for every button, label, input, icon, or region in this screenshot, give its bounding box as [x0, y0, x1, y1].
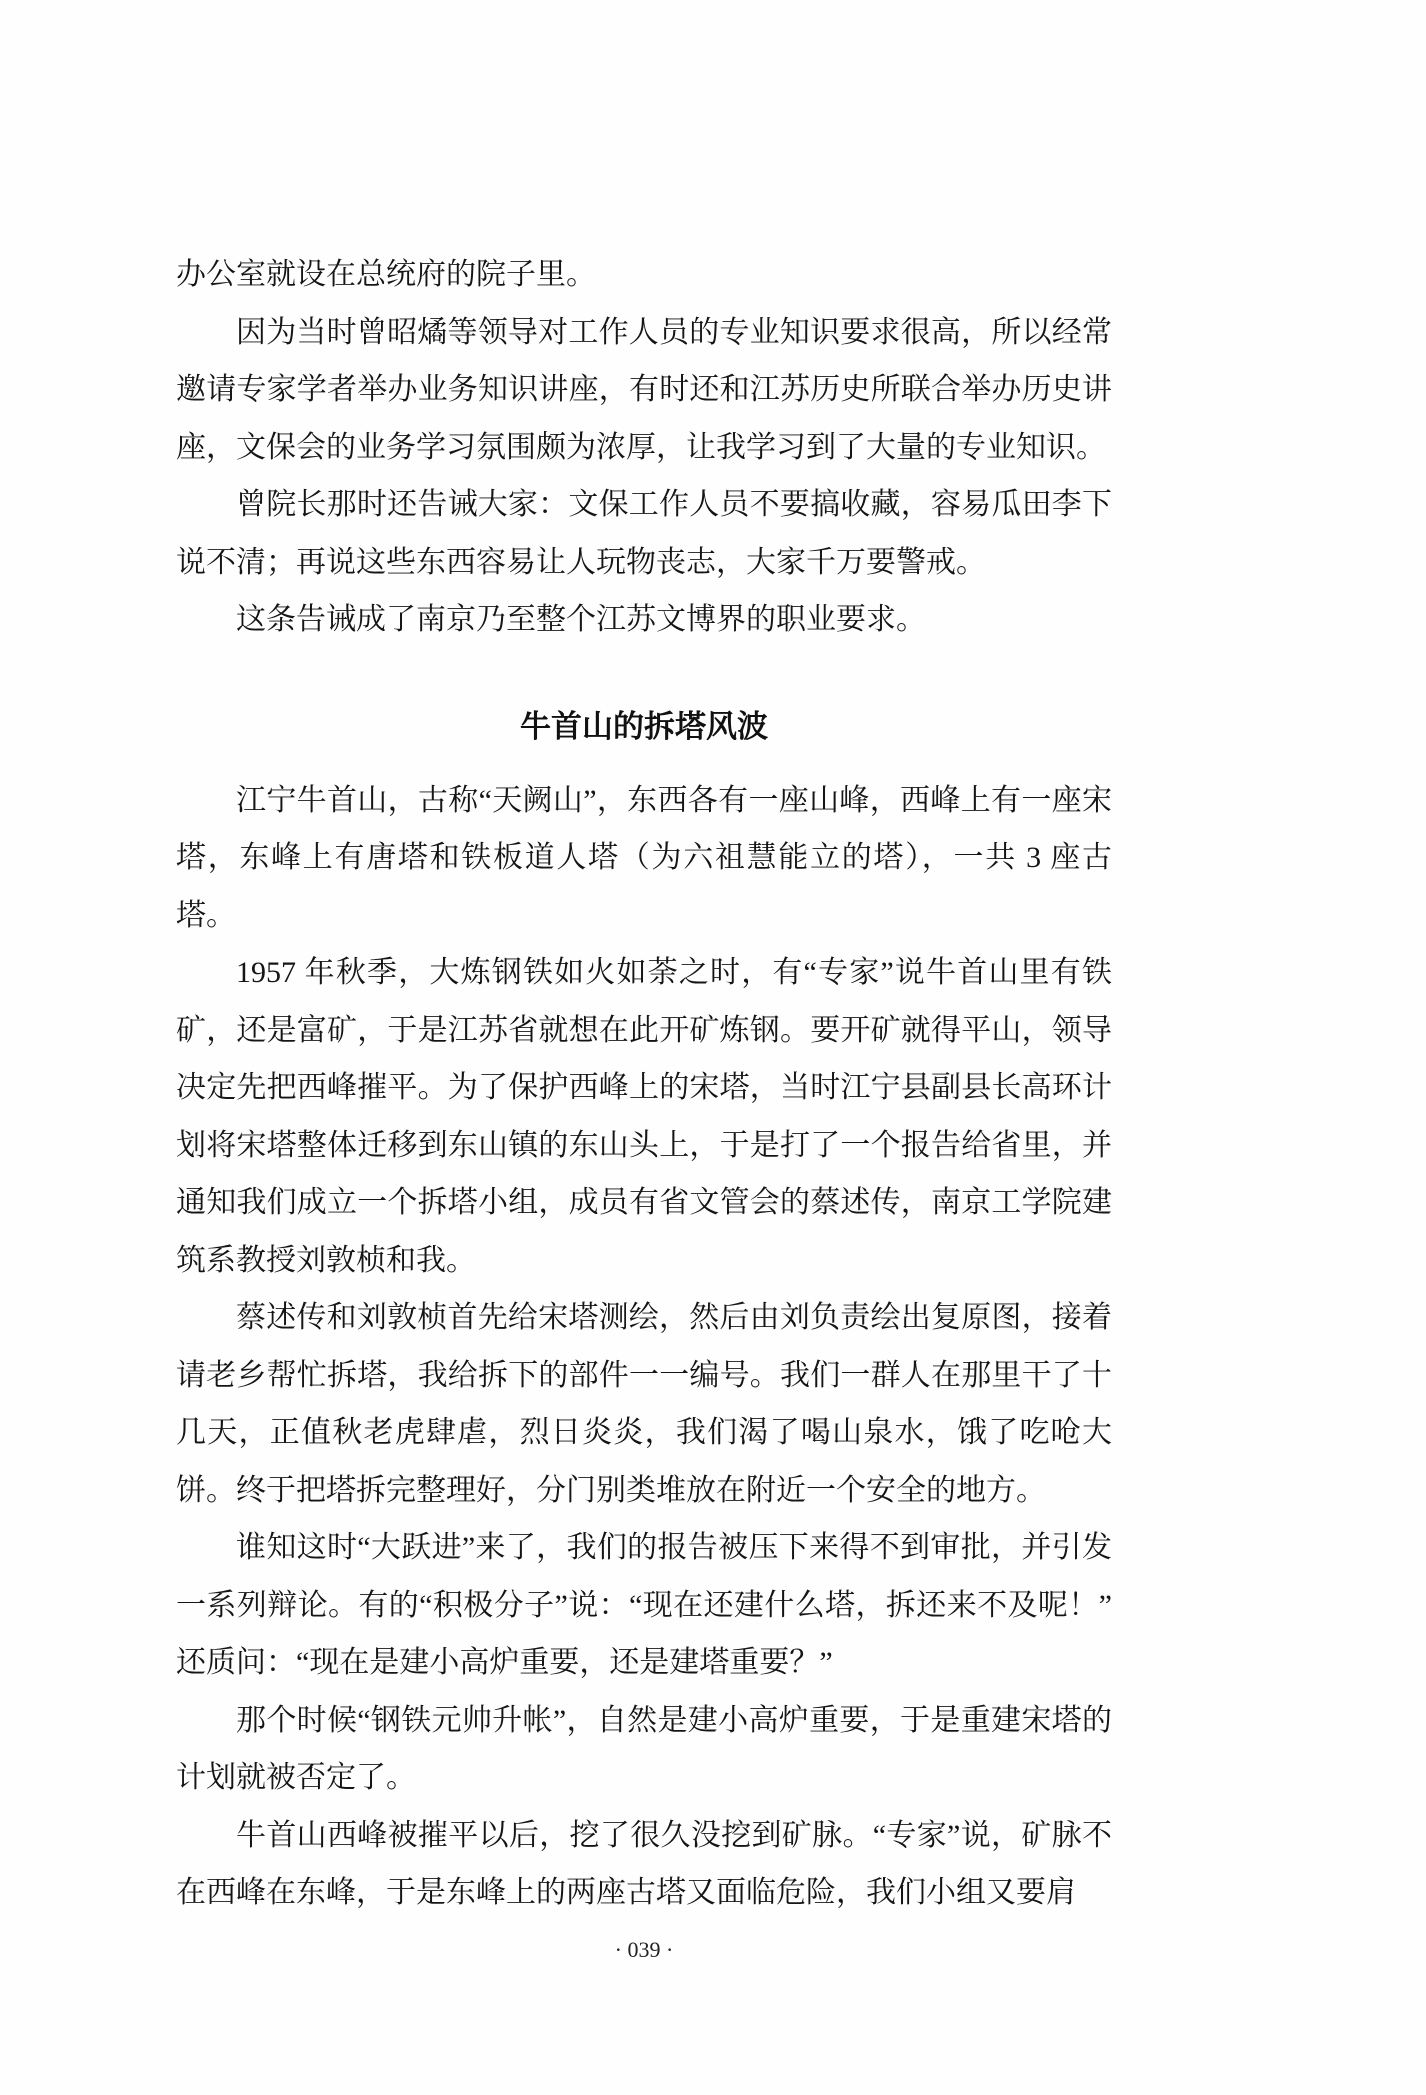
body-paragraph: 这条告诫成了南京乃至整个江苏文博界的职业要求。 [176, 591, 1112, 649]
body-paragraph: 办公室就设在总统府的院子里。 [176, 246, 1112, 304]
body-paragraph: 牛首山西峰被摧平以后，挖了很久没挖到矿脉。“专家”说，矿脉不在西峰在东峰，于是东… [176, 1807, 1112, 1922]
body-paragraph: 曾院长那时还告诫大家：文保工作人员不要搞收藏，容易瓜田李下说不清；再说这些东西容… [176, 476, 1112, 591]
body-paragraph: 那个时候“钢铁元帅升帐”，自然是建小高炉重要，于是重建宋塔的计划就被否定了。 [176, 1692, 1112, 1807]
body-paragraph: 因为当时曾昭燏等领导对工作人员的专业知识要求很高，所以经常邀请专家学者举办业务知… [176, 304, 1112, 477]
body-paragraph: 江宁牛首山，古称“天阙山”，东西各有一座山峰，西峰上有一座宋塔，东峰上有唐塔和铁… [176, 772, 1112, 945]
body-paragraph: 1957 年秋季，大炼钢铁如火如荼之时，有“专家”说牛首山里有铁矿，还是富矿，于… [176, 944, 1112, 1289]
page-content: 办公室就设在总统府的院子里。因为当时曾昭燏等领导对工作人员的专业知识要求很高，所… [176, 246, 1112, 1922]
section-heading: 牛首山的拆塔风波 [176, 709, 1112, 745]
book-page: 办公室就设在总统府的院子里。因为当时曾昭燏等领导对工作人员的专业知识要求很高，所… [0, 0, 1426, 2095]
body-paragraph: 蔡述传和刘敦桢首先给宋塔测绘，然后由刘负责绘出复原图，接着请老乡帮忙拆塔，我给拆… [176, 1289, 1112, 1519]
body-paragraph: 谁知这时“大跃进”来了，我们的报告被压下来得不到审批，并引发一系列辩论。有的“积… [176, 1519, 1112, 1692]
page-number-text: · 039 · [615, 1937, 674, 1962]
page-number: · 039 · [176, 1936, 1112, 1964]
